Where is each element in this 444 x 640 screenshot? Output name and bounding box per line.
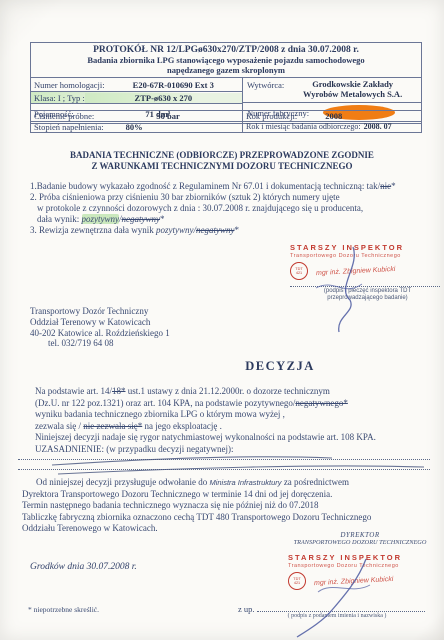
protocol-title: PROTOKÓŁ NR 12/LPGø630x270/ZTP/2008 z dn… <box>31 45 421 55</box>
manufacturer-label: Wytwórca: <box>243 78 284 102</box>
item3-result-negative: negatywny <box>196 225 235 235</box>
item3-result-positive: pozytywny <box>156 225 194 235</box>
fill-degree-value: 80% <box>104 122 242 132</box>
homologation-value: E20-67R-010690 Ext 3 <box>105 80 242 90</box>
acceptance-date-value: 2008. 07 <box>361 122 421 132</box>
class-type-value: ZTP-ø630 x 270 <box>85 93 242 103</box>
item2-result-positive: pozytywny <box>82 214 120 224</box>
issuer-address-block: Transportowy Dozór Techniczny Oddział Te… <box>30 306 250 349</box>
decision-line2: (Dz.U. nr 122 poz.1321) oraz art. 104 KP… <box>35 398 437 410</box>
tests-items: 1.Badanie budowy wykazało zgodność z Reg… <box>30 181 430 236</box>
decision-line4-struck: nie zezwala się* <box>83 421 142 431</box>
scanned-protocol-page: PROTOKÓŁ NR 12/LPGø630x270/ZTP/2008 z dn… <box>0 0 444 640</box>
manufacturer-line2: Wyrobów Metalowych S.A. <box>303 89 402 99</box>
decision-title: DECYZJA <box>200 359 360 374</box>
zup-caption: ( podpis z podaniem imienia i nazwiska ) <box>252 613 422 619</box>
decision-line2-struck: negatywnego* <box>295 398 347 408</box>
test-item-1: 1.Badanie budowy wykazało zgodność z Reg… <box>30 181 430 192</box>
signature-dotted-line-1 <box>290 286 440 287</box>
protocol-subtitle-2: napędzanego gazem skroplonym <box>31 65 421 75</box>
tdt-round-seal-icon: TDT 421 <box>288 572 306 590</box>
issuer-line3: 40-202 Katowice al. Roździeńskiego 1 <box>30 328 250 339</box>
place-date: Grodków dnia 30.07.2008 r. <box>30 562 137 572</box>
tests-heading-line2: Z WARUNKAMI TECHNICZNYMI DOZORU TECHNICZ… <box>0 161 444 172</box>
decision-line3: wyniku badania technicznego zbiornika LP… <box>35 409 437 421</box>
row-acceptance-date: Rok i miesiąc badania odbiorczego: 2008.… <box>243 122 421 132</box>
zup-dotted-line <box>257 603 425 612</box>
inspector-stamp-1: STARSZY INSPEKTOR Transportowego Dozoru … <box>290 243 444 302</box>
manufacturer-value: Grodkowskie Zakłady Wyrobów Metalowych S… <box>284 78 421 102</box>
row-homologation: Numer homologacji: E20-67R-010690 Ext 3 <box>31 78 242 92</box>
fill-degree-label: Stopień napełnienia: <box>31 122 104 132</box>
row-fill-degree: Stopień napełnienia: 80% <box>31 122 242 132</box>
decision-line2-pre: (Dz.U. nr 122 poz.1321) oraz art. 104 KP… <box>35 398 295 408</box>
decision-line1-pre: Na podstawie art. 14/ <box>35 386 112 396</box>
director-block: DYREKTOR TRANSPORTOWEGO DOZORU TECHNICZN… <box>278 531 442 546</box>
test-item-3: 3. Rewizja zewnętrzna dała wynik pozytyw… <box>30 225 430 236</box>
item3-star: * <box>234 225 239 235</box>
appeal-paragraph: Od niniejszej decyzji przysługuje odwoła… <box>22 477 432 535</box>
justification-dotted-line-1 <box>18 459 430 460</box>
item1-text: 1.Badanie budowy wykazało zgodność z Reg… <box>30 181 380 191</box>
row-class-type: Klasa: I ; Typ : ZTP-ø630 x 270 <box>31 92 242 104</box>
decision-line4-pre: zezwala się / <box>35 421 83 431</box>
appeal-line1: Od niniejszej decyzji przysługuje odwoła… <box>22 477 432 489</box>
stamp1-caption-line1: (podpis i pieczęć inspektora TDT <box>290 288 444 295</box>
stamp1-title: STARSZY INSPEKTOR <box>290 243 444 252</box>
issuer-line2: Oddział Terenowy w Katowicach <box>30 317 250 328</box>
stamp2-signer-name: mgr inż. Zbigniew Kubicki <box>314 575 394 586</box>
manufacturer-line1: Grodkowskie Zakłady <box>312 79 393 89</box>
production-year-label: Rok produkcji: <box>243 111 297 121</box>
class-type-label: Klasa: I ; Typ : <box>31 93 85 103</box>
stamp1-caption-line2: przeprowadzającego badanie) <box>290 295 444 302</box>
decision-line4-post: na jego eksploatację . <box>142 421 222 431</box>
issuer-line1: Transportowy Dozór Techniczny <box>30 306 250 317</box>
director-org: TRANSPORTOWEGO DOZORU TECHNICZNEGO <box>278 539 442 546</box>
decision-line1: Na podstawie art. 14/18* ust.1 ustawy z … <box>35 386 437 398</box>
stamp2-title: STARSZY INSPEKTOR <box>288 553 443 562</box>
inspector-stamp-2: STARSZY INSPEKTOR Transportowego Dozoru … <box>288 553 443 590</box>
acceptance-date-label: Rok i miesiąc badania odbiorczego: <box>243 122 361 132</box>
tests-heading-line1: BADANIA TECHNICZNE (ODBIORCZE) PRZEPROWA… <box>0 150 444 161</box>
seal-bottom-text: 421 <box>294 581 300 585</box>
tdt-round-seal-icon: TDT 421 <box>290 262 308 280</box>
stamp1-signer-name: mgr inż. Zbigniew Kubicki <box>316 265 396 276</box>
tests-section-heading: BADANIA TECHNICZNE (ODBIORCZE) PRZEPROWA… <box>0 150 444 172</box>
director-title: DYREKTOR <box>278 531 442 539</box>
appeal-line4: Tabliczkę fabryczną zbiornika oznaczono … <box>22 512 432 524</box>
appeal-ministry: Ministra Infrastruktury <box>209 478 281 487</box>
decision-line5: Niniejszej decyzji nadaje się rygor naty… <box>35 432 437 444</box>
decision-body: Na podstawie art. 14/18* ust.1 ustawy z … <box>35 386 437 456</box>
test-item-2-line2: w protokole z czynności dozorowych z dni… <box>30 203 430 214</box>
pressure-value: 30 bar <box>94 111 242 121</box>
item1-struck-nie: nie <box>380 181 391 191</box>
strike-footnote: * niepotrzebne skreślić. <box>28 605 99 614</box>
info-table-bottom: Ciśnienie próbne: 30 bar Stopień napełni… <box>30 110 422 133</box>
stamp2-org: Transportowego Dozoru Technicznego <box>288 563 443 569</box>
seal-bottom-text: 421 <box>296 271 302 275</box>
issuer-phone: tel. 032/719 64 08 <box>30 338 250 349</box>
decision-line1-post: ust.1 ustawy z dnia 21.12.2000r. o dozor… <box>125 386 329 396</box>
item2-result-negative: negatywny <box>122 214 161 224</box>
item2-star: * <box>160 214 165 224</box>
decision-line4: zezwala się / nie zezwala się* na jego e… <box>35 421 437 433</box>
test-item-2-line1: 2. Próba ciśnieniowa przy ciśnieniu 30 b… <box>30 192 430 203</box>
decision-line6: UZASADNIENIE: (w przypadku decyzji negat… <box>35 444 437 456</box>
justification-dotted-line-2 <box>18 469 430 470</box>
protocol-header: PROTOKÓŁ NR 12/LPGø630x270/ZTP/2008 z dn… <box>31 43 421 78</box>
item2-result-label: dała wynik: <box>37 214 82 224</box>
row-production-year: Rok produkcji: 2008 <box>243 111 421 122</box>
protocol-subtitle-1: Badania zbiornika LPG stanowiącego wypos… <box>31 55 421 65</box>
item1-star: * <box>391 181 396 191</box>
item3-text: 3. Rewizja zewnętrzna dała wynik <box>30 225 156 235</box>
homologation-label: Numer homologacji: <box>31 80 105 90</box>
pressure-label: Ciśnienie próbne: <box>31 111 94 121</box>
cell-manufacturer: Wytwórca: Grodkowskie Zakłady Wyrobów Me… <box>243 78 421 102</box>
appeal-line2: Dyrektora Transportowego Dozoru Technicz… <box>22 489 432 501</box>
row-pressure: Ciśnienie próbne: 30 bar <box>31 111 242 122</box>
decision-line1-struck: 18* <box>112 386 126 396</box>
appeal-line3: Termin następnego badania technicznego w… <box>22 500 432 512</box>
appeal-line1-post: za pośrednictwem <box>282 477 349 487</box>
stamp1-org: Transportowego Dozoru Technicznego <box>290 253 444 259</box>
test-item-2-line3: dała wynik: pozytywny/negatywny* <box>30 214 430 225</box>
appeal-line1-pre: Od niniejszej decyzji przysługuje odwoła… <box>36 477 209 487</box>
production-year-value: 2008 <box>297 111 421 121</box>
